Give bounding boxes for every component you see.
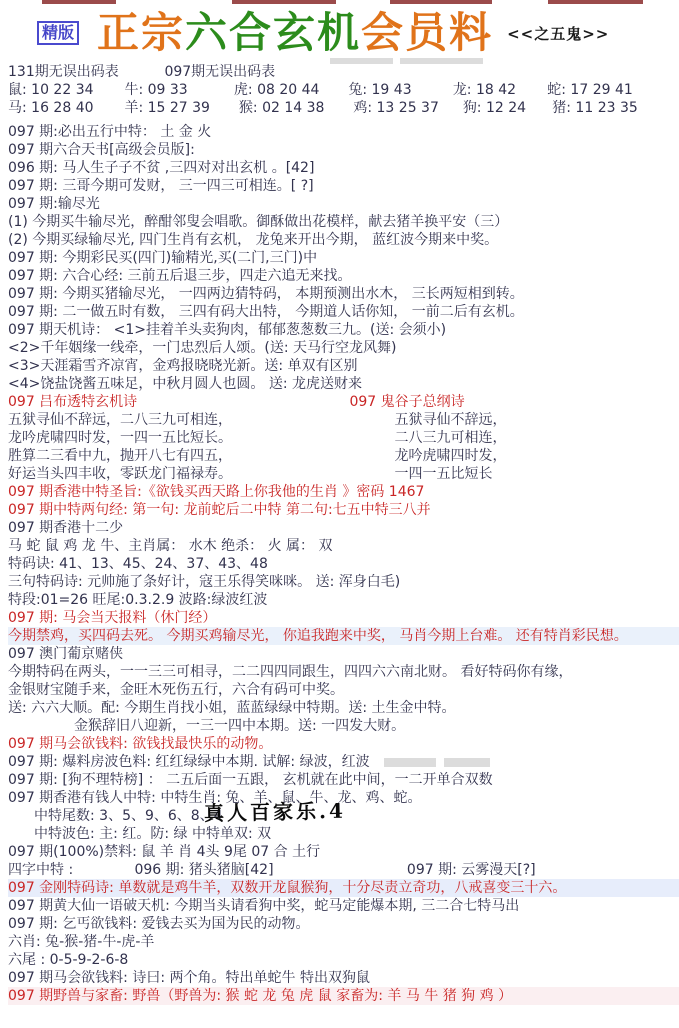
- text-line: 097 期黄大仙一语破天机: 今期当头请看狗中奖，蛇马定能爆本期, 三二合七特马…: [8, 897, 679, 915]
- code-table-cell: 兔: 19 43: [348, 81, 448, 99]
- code-table-header: 131期无误出码表 097期无误出码表: [8, 63, 679, 81]
- poem-right-line: 二八三九可相连，: [394, 430, 506, 446]
- poem-line: 五狱寻仙不辞远，二八三九可相连， 五狱寻仙不辞远，: [8, 411, 679, 429]
- text-line: (2) 今期买绿输尽光, 四门生肖有玄机， 龙兔来开出今期， 蓝红波今期来中奖。: [8, 231, 679, 249]
- text-line: 097 期野兽与家畜: 野兽（野兽为: 猴 蛇 龙 兔 虎 鼠 家畜为: 羊 马…: [8, 987, 679, 1005]
- code-table-cell: 虎: 08 20 44: [234, 81, 344, 99]
- code-table-cell: 鸡: 13 25 37: [353, 99, 458, 117]
- text-line: 六尾 : 0-5-9-2-6-8: [8, 951, 679, 969]
- text-line: 今期禁鸡，买四码去死。 今期买鸡输尽光， 你追我跑来中奖， 马肖今期上台难。 还…: [8, 627, 679, 645]
- text-line: 097 期: 今期彩民买(四门)输精光,买(二门,三门)中: [8, 249, 679, 267]
- erase-mark: [444, 758, 490, 767]
- text-line: 097 期(100%)禁料: 鼠 羊 肖 4头 9尾 07 合 土行: [8, 843, 679, 861]
- text-line: 097 期: 爆料房波色料: 红红绿绿中本期. 试解: 绿波，红波: [8, 754, 370, 770]
- title-segment: 正宗: [97, 8, 185, 57]
- text-line: 097 金刚特码诗: 单数就是鸡牛羊，双数开龙鼠猴狗，十分尽责立奇功，八戒喜变三…: [8, 879, 679, 897]
- four-char-current: 097 期: 云雾漫天[?]: [407, 862, 536, 878]
- text-line: 097 期中特两句经: 第一句: 龙前蛇后二中特 第二句:七五中特三八并: [8, 501, 679, 519]
- tip-sheet-page: 精版 正宗六合玄机会员料 <<之五鬼>> 131期无误出码表 097期无误出码表…: [0, 0, 679, 1028]
- text-line: 096 期: 马人生子子不贫 ,三四对对出玄机 。[42]: [8, 159, 679, 177]
- text-line: 金银财宝随手来，金旺木死伤五行，六合有码可中奖。: [8, 681, 679, 699]
- text-line: 097 期: 二一做五时有数， 三四有码大出特， 今期道人话你知， 一前二后有玄…: [8, 303, 679, 321]
- title-segment: 会员料: [361, 8, 493, 57]
- text-line: 097 期六合天书[高级会员版]:: [8, 141, 679, 159]
- four-char-label: 四字中特 :: [8, 861, 130, 879]
- erase-mark: [330, 58, 393, 64]
- text-line: 三句特码诗: 元帅施了条好计，寇王乐得笑咪咪。 送: 浑身白毛): [8, 573, 679, 591]
- code-table-row: 鼠: 10 22 34 牛: 09 33 虎: 08 20 44 兔: 19 4…: [8, 81, 679, 99]
- section-title-lvbu: 097 吕布透特玄机诗: [8, 393, 345, 411]
- text-line: (1) 今期买牛输尽光，醉酣邻叟会唱歌。御酥做出花模样，献去猪羊换平安（三）: [8, 213, 679, 231]
- code-table-cell: 龙: 18 42: [453, 81, 543, 99]
- text-line: 097 期: 马会当天报料（休门经）: [8, 609, 679, 627]
- text-line: 中特波色: 主: 红。防: 绿 中特单双: 双: [34, 825, 679, 843]
- poem-line: 胜算二三看中九，抛开八七有四五， 龙吟虎啸四时发，: [8, 447, 679, 465]
- text-line: 097 期马会欲钱料: 诗曰: 两个角。特出单蛇牛 特出双狗鼠: [8, 969, 679, 987]
- code-table-title-left: 131期无误出码表: [8, 63, 160, 81]
- poem-left-line: 好运当头四丰收，零跃龙门福禄寿。: [8, 465, 390, 483]
- redaction-bar: [232, 0, 336, 4]
- text-line: 今期特码在两头，一一三三可相寻，二二四四同跟生，四四六六南北财。 看好特码你有缘…: [8, 663, 679, 681]
- redaction-bar: [42, 0, 116, 4]
- redaction-bar: [548, 0, 643, 4]
- erase-mark: [400, 58, 483, 64]
- text-line: 097 期香港中特圣旨:《欲钱买西天路上你我他的生肖 》密码 1467: [8, 483, 679, 501]
- erase-mark: [384, 758, 436, 767]
- code-table-title-right: 097期无误出码表: [164, 64, 275, 80]
- code-table-cell: 猴: 02 14 38: [239, 99, 349, 117]
- text-line: 中特尾数: 3、5、9、6、8、4 真人百家乐.4: [34, 807, 679, 825]
- text-line: 特段:01=26 旺尾:0.3.2.9 波路:绿波红波: [8, 591, 679, 609]
- text-line: 097 期马会欲钱料: 欲钱找最快乐的动物。: [8, 735, 679, 753]
- text-line: 097 期:必出五行中特： 土 金 火: [8, 123, 679, 141]
- text-line: 097 期: 三哥今期可发财， 三一四三可相连。[ ?]: [8, 177, 679, 195]
- tips-body: 097 期:必出五行中特： 土 金 火 097 期六合天书[高级会员版]: 09…: [0, 123, 679, 1005]
- watermark-overlay: 真人百家乐.4: [204, 802, 346, 822]
- four-char-special-line: 四字中特 : 096 期: 猪头猪脑[42] 097 期: 云雾漫天[?]: [8, 861, 679, 879]
- poem-left-line: 龙吟虎啸四时发，一四一五比短长。: [8, 429, 390, 447]
- code-table-cell: 狗: 12 24: [463, 99, 548, 117]
- poem-line: 龙吟虎啸四时发，一四一五比短长。 二八三九可相连，: [8, 429, 679, 447]
- code-table-cell: 马: 16 28 40: [8, 99, 120, 117]
- text-line: 097 期: 六合心经: 三前五后退三步，四走六追无来找。: [8, 267, 679, 285]
- text-line: 097 期: 乞丐欲钱料: 爱钱去买为国为民的动物。: [8, 915, 679, 933]
- text-line: 金猴辞旧八迎新，一三一四中本期。送: 一四发大财。: [74, 717, 679, 735]
- poem-left-line: 胜算二三看中九，抛开八七有四五，: [8, 447, 390, 465]
- code-table-row: 马: 16 28 40 羊: 15 27 39 猴: 02 14 38 鸡: 1…: [8, 99, 679, 117]
- text-line: <3>天涯霜雪齐凉宵，金鸡报晓晓光新。送: 单双有区别: [8, 357, 679, 375]
- code-table-cell: 蛇: 17 29 41: [547, 81, 633, 99]
- text-line: 097 期: [狗不理特榜] ： 二五后面一五跟， 玄机就在此中间，一二开单合双…: [8, 771, 679, 789]
- poem-left-line: 五狱寻仙不辞远，二八三九可相连，: [8, 411, 390, 429]
- text-line: 097 期:输尽光: [8, 195, 679, 213]
- edition-badge: 精版: [37, 21, 79, 45]
- text-line: 六肖: 兔-猴-猪-牛-虎-羊: [8, 933, 679, 951]
- text-line: <2>千年姻缘一线牵，一门忠烈后人颂。(送: 天马行空龙风舞): [8, 339, 679, 357]
- text-line: 097 期天机诗： <1>挂着羊头卖狗肉，郁郁葱葱数三九。(送: 会须小): [8, 321, 679, 339]
- subtitle-label: <<之五鬼>>: [507, 23, 609, 44]
- section-title-guigu: 097 鬼谷子总纲诗: [349, 394, 464, 410]
- text-line: <4>饶盐饶酱五味足，中秋月圆人也圆。 送: 龙虎送财来: [8, 375, 679, 393]
- text-line: 特码诀: 41、13、45、24、37、43、48: [8, 555, 679, 573]
- text-line: 马 蛇 鼠 鸡 龙 牛、主肖属： 水木 绝杀： 火 属： 双: [8, 537, 679, 555]
- title-segment: 六合玄机: [185, 8, 361, 57]
- text-line: 097 期: 今期买猪输尽光， 一四两边猜特码， 本期预测出水木， 三长两短相到…: [8, 285, 679, 303]
- code-table-cell: 猪: 11 23 35: [552, 99, 638, 117]
- text-line: 097 期: 爆料房波色料: 红红绿绿中本期. 试解: 绿波，红波: [8, 753, 679, 771]
- redaction-bar: [390, 0, 492, 4]
- text-line: 中特尾数: 3、5、9、6、8、4: [34, 808, 223, 824]
- code-table: 131期无误出码表 097期无误出码表 鼠: 10 22 34 牛: 09 33…: [0, 63, 679, 117]
- title-bar: 精版 正宗六合玄机会员料 <<之五鬼>>: [0, 0, 679, 57]
- text-line: 097 澳门葡京赌侠: [8, 645, 679, 663]
- poem-section-headers: 097 吕布透特玄机诗 097 鬼谷子总纲诗: [8, 393, 679, 411]
- text-line: 097 期香港十二少: [8, 519, 679, 537]
- page-title: 正宗六合玄机会员料: [97, 10, 493, 56]
- code-table-cell: 鼠: 10 22 34: [8, 81, 120, 99]
- poem-line: 好运当头四丰收，零跃龙门福禄寿。 一四一五比短长: [8, 465, 679, 483]
- code-table-cell: 牛: 09 33: [124, 81, 229, 99]
- poem-right-line: 龙吟虎啸四时发，: [394, 448, 506, 464]
- code-table-cell: 羊: 15 27 39: [124, 99, 234, 117]
- four-char-prev: 096 期: 猪头猪脑[42]: [134, 861, 402, 879]
- poem-right-line: 一四一五比短长: [394, 466, 492, 482]
- poem-right-line: 五狱寻仙不辞远，: [394, 412, 506, 428]
- text-line: 送: 六六大顺。配: 今期生肖找小姐，蓝蓝绿绿中特期。送: 土生金中特。: [8, 699, 679, 717]
